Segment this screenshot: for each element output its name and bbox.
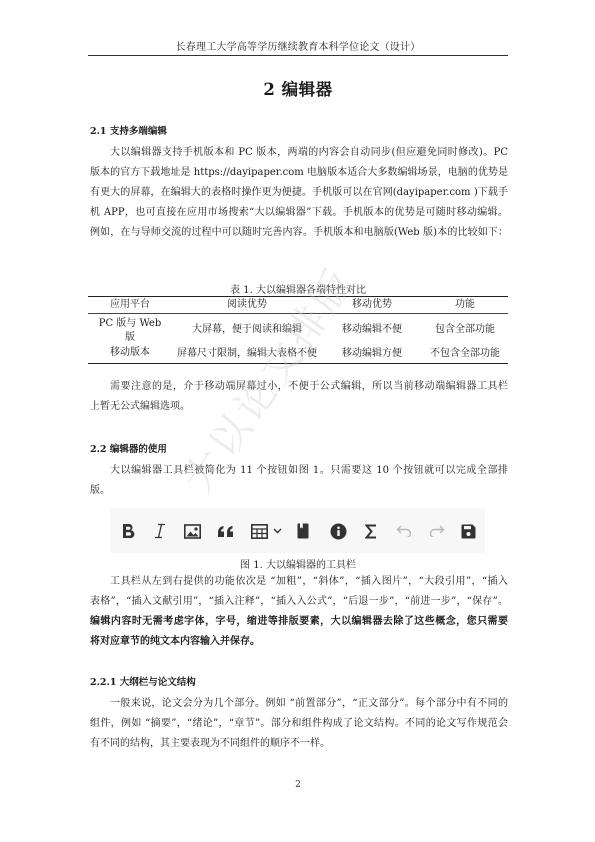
bookmark-book-icon (297, 523, 309, 539)
table-header-cell: 功能 (422, 297, 508, 314)
image-icon (184, 524, 201, 539)
undo-icon (396, 525, 412, 537)
paragraph-multi-platform: 大以编辑器支持手机版本和 PC 版本，两端的内容会自动同步(但应避免同时修改)。… (90, 143, 508, 243)
text-line-bold: 将对应章节的纯文本内容输入并保存。 (90, 632, 508, 652)
header-rule (88, 55, 508, 56)
page-number: 2 (288, 780, 308, 790)
table-cell: 包含全部功能 (422, 314, 508, 346)
text-line: 例如，在与导师交流的过程中可以随时完善内容。手机版本和电脑版(Web 版)本的比… (90, 223, 508, 243)
save-icon (461, 524, 476, 539)
running-header: 长春理工大学高等学历继续教育本科学位论文（设计） (88, 38, 508, 53)
paragraph-outline-structure: 一般来说，论文会分为几个部分。例如 “前置部分”，“正文部分”。每个部分中有不同… (90, 694, 508, 754)
text-line: 需要注意的是，介于移动端屏幕过小，不便于公式编辑，所以当前移动端编辑器工具栏 (90, 377, 508, 397)
document-page: 长春理工大学高等学历继续教育本科学位论文（设计） 2 编辑器 2.1 支持多端编… (0, 0, 595, 842)
redo-icon (429, 525, 445, 537)
paragraph-toolbar-intro: 大以编辑器工具栏被简化为 11 个按钮如图 1。只需要这 10 个按钮就可以完成… (90, 461, 508, 501)
sigma-icon (365, 524, 377, 539)
text-line: 上暂无公式编辑选项。 (90, 397, 508, 417)
table-icon (251, 524, 268, 539)
paragraph-mobile-note: 需要注意的是，介于移动端屏幕过小，不便于公式编辑，所以当前移动端编辑器工具栏 上… (90, 377, 508, 417)
bold-button[interactable] (120, 521, 136, 541)
section-heading-2-1: 2.1 支持多端编辑 (90, 123, 167, 137)
text-line: 工具栏从左到右提供的功能依次是 “加粗”，“斜体”，“插入图片”，“大段引用”，… (90, 572, 508, 592)
insert-image-button[interactable] (183, 521, 201, 541)
table-options-dropdown[interactable] (272, 521, 282, 541)
table-header-cell: 应用平台 (88, 297, 172, 314)
figure-caption: 图 1. 大以编辑器的工具栏 (88, 556, 508, 571)
insert-table-button[interactable] (250, 521, 268, 541)
insert-annotation-button[interactable] (329, 521, 347, 541)
cell-line: PC 版与 Web (90, 317, 170, 331)
chevron-down-icon (273, 528, 282, 534)
insert-formula-button[interactable] (364, 521, 378, 541)
save-button[interactable] (460, 521, 476, 541)
comparison-table: 应用平台 阅读优势 移动优势 功能 PC 版与 Web 版 大屏幕，便于阅读和编… (88, 296, 508, 364)
table-caption: 表 1. 大以编辑器各端特性对比 (88, 281, 508, 296)
text-line: 表格”，“插入文献引用”，“插入注释”，“插入入公式”，“后退一步”，“前进一步… (90, 592, 508, 612)
editor-toolbar-figure (110, 508, 485, 553)
blockquote-button[interactable] (216, 521, 234, 541)
table-header-row: 应用平台 阅读优势 移动优势 功能 (88, 297, 508, 314)
table-row: 移动版本 屏幕尺寸限制，编辑大表格不便 移动编辑方便 不包含全部功能 (88, 345, 508, 364)
table-header-cell: 阅读优势 (172, 297, 322, 314)
text-line: 大以编辑器支持手机版本和 PC 版本，两端的内容会自动同步(但应避免同时修改)。… (90, 143, 508, 163)
table-cell: 移动版本 (88, 345, 172, 364)
table-row: PC 版与 Web 版 大屏幕，便于阅读和编辑 移动编辑不便 包含全部功能 (88, 314, 508, 346)
table-header-cell: 移动优势 (322, 297, 422, 314)
table-cell: PC 版与 Web 版 (88, 314, 172, 346)
section-heading-2-2-1: 2.2.1 大纲栏与论文结构 (90, 674, 196, 688)
text-line: 机 APP，也可直接在应用市场搜索“大以编辑器”下载。手机版本的优势是可随时移动… (90, 203, 508, 223)
table-cell: 移动编辑方便 (322, 345, 422, 364)
table-cell: 移动编辑不便 (322, 314, 422, 346)
cell-line: 版 (90, 331, 170, 345)
italic-icon (154, 523, 166, 539)
table-cell: 不包含全部功能 (422, 345, 508, 364)
table-cell: 大屏幕，便于阅读和编辑 (172, 314, 322, 346)
undo-button[interactable] (395, 521, 413, 541)
text-line: 版本的官方下载地址是 https://dayipaper.com 电脑版本适合大… (90, 163, 508, 183)
italic-button[interactable] (153, 521, 167, 541)
text-line: 一般来说，论文会分为几个部分。例如 “前置部分”，“正文部分”。每个部分中有不同… (90, 694, 508, 714)
text-line: 组件，例如 “摘要”，“绪论”，“章节”。部分和组件构成了论文结构。不同的论文写… (90, 714, 508, 734)
paragraph-toolbar-functions: 工具栏从左到右提供的功能依次是 “加粗”，“斜体”，“插入图片”，“大段引用”，… (90, 572, 508, 652)
insert-citation-button[interactable] (296, 521, 310, 541)
chapter-title: 2 编辑器 (88, 76, 508, 100)
text-line: 有不同的结构，其主要表现为不同组件的顺序不一样。 (90, 734, 508, 754)
text-line: 大以编辑器工具栏被简化为 11 个按钮如图 1。只需要这 10 个按钮就可以完成… (90, 461, 508, 481)
table-cell: 屏幕尺寸限制，编辑大表格不便 (172, 345, 322, 364)
bold-icon (121, 523, 135, 539)
text-line-bold: 编辑内容时无需考虑字体，字号，缩进等排版要素，大以编辑器去除了这些概念，您只需要 (90, 612, 508, 632)
redo-button[interactable] (428, 521, 446, 541)
text-line: 版。 (90, 481, 508, 501)
text-line: 有更大的屏幕，在编辑大的表格时操作更为便捷。手机版可以在官网(dayipaper… (90, 183, 508, 203)
section-heading-2-2: 2.2 编辑器的使用 (90, 441, 167, 455)
info-icon (330, 523, 347, 540)
quote-icon (217, 525, 234, 538)
